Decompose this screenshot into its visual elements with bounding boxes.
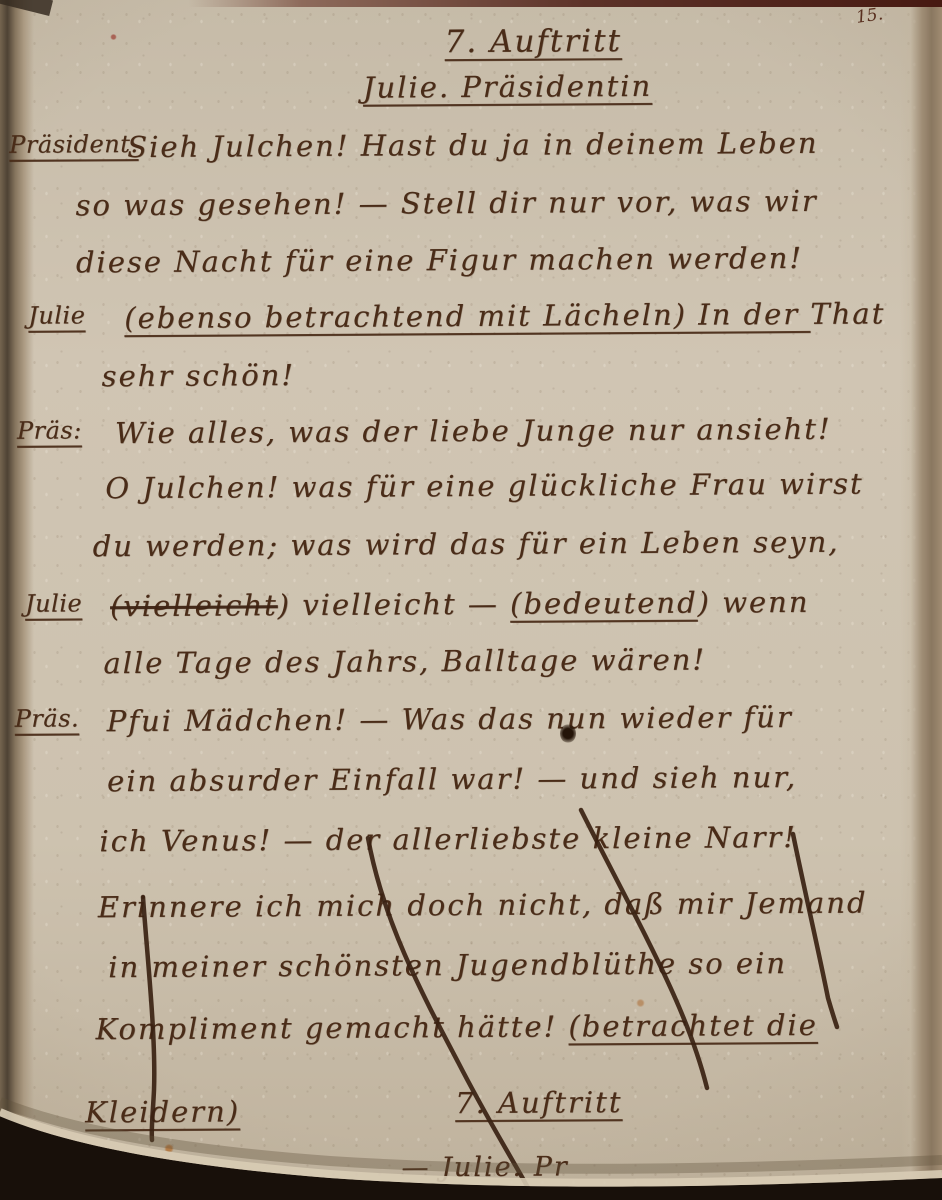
next-scene-heading: 7. Auftritt [455, 1085, 623, 1120]
line-text: (ebenso betrachtend mit Lächeln) In der … [124, 296, 885, 335]
manuscript-line: so was gesehen! — Stell dir nur vor, was… [0, 183, 939, 189]
speaker-label: Präs. [15, 704, 80, 732]
line-text: O Julchen! was für eine glückliche Frau … [105, 467, 863, 506]
line-text: Wie alles, was der liebe Junge nur ansie… [115, 412, 832, 450]
line-text: in meiner schönsten Jugendblüthe so ein [108, 946, 787, 984]
line-text: alle Tage des Jahrs, Balltage wären! [103, 643, 706, 681]
ink-blot [560, 724, 576, 743]
manuscript-line: Präs:Wie alles, was der liebe Junge nur … [0, 411, 941, 417]
foxing-spot [110, 34, 117, 40]
speaker-label: Julie [25, 589, 82, 617]
line-text: ein absurder Einfall war! — und sieh nur… [107, 760, 797, 798]
manuscript-line: alle Tage des Jahrs, Balltage wären! [0, 641, 942, 647]
speaker-label: Präsident. [9, 130, 138, 159]
manuscript-line: Julie(vielleicht) vielleicht — (bedeuten… [0, 584, 942, 590]
manuscript-line: ein absurder Einfall war! — und sieh nur… [1, 759, 942, 765]
manuscript-line: sehr schön! [0, 354, 941, 360]
manuscript-page: 15. 7. Auftritt Julie. Präsidentin Präsi… [0, 0, 942, 1200]
line-text: (vielleicht) vielleicht — (bedeutend) we… [110, 585, 810, 623]
line-text: ich Venus! — der allerliebste kleine Nar… [99, 820, 797, 858]
speaker-label: Präs: [17, 416, 82, 444]
speaker-label: Julie [28, 301, 85, 329]
foxing-spot [636, 999, 645, 1007]
next-scene-characters: — Julie. Pr [401, 1151, 568, 1183]
scene-heading: 7. Auftritt [444, 23, 622, 60]
manuscript-body: 7. Auftritt Julie. Präsidentin Präsident… [0, 0, 942, 1200]
line-text: Kleidern) [85, 1094, 240, 1129]
scene-characters: Julie. Präsidentin [363, 69, 652, 105]
manuscript-line: diese Nacht für eine Figur machen werden… [0, 240, 940, 246]
manuscript-line: O Julchen! was für eine glückliche Frau … [0, 466, 941, 472]
manuscript-line: Kompliment gemacht hätte! (betrachtet di… [3, 1007, 942, 1013]
line-text: so was gesehen! — Stell dir nur vor, was… [75, 184, 817, 223]
line-text: Sieh Julchen! Hast du ja in deinem Leben [127, 126, 818, 164]
manuscript-line: Präsident.Sieh Julchen! Hast du ja in de… [0, 125, 939, 131]
manuscript-line: Julie(ebenso betrachtend mit Lächeln) In… [0, 296, 940, 302]
manuscript-line: Präs.Pfui Mädchen! — Was das nun wieder … [1, 699, 942, 705]
manuscript-line: du werden; was wird das für ein Leben se… [0, 524, 942, 530]
line-text: diese Nacht für eine Figur machen werden… [76, 241, 803, 279]
line-text: Kompliment gemacht hätte! (betrachtet di… [96, 1008, 818, 1046]
manuscript-line: in meiner schönsten Jugendblüthe so ein [2, 945, 942, 951]
line-text: sehr schön! [102, 358, 296, 393]
line-text: Erinnere ich mich doch nicht, daß mir Je… [98, 886, 868, 925]
manuscript-line: ich Venus! — der allerliebste kleine Nar… [1, 819, 942, 825]
foxing-spot [164, 1144, 174, 1153]
line-text: Pfui Mädchen! — Was das nun wieder für [107, 700, 793, 738]
manuscript-line: Erinnere ich mich doch nicht, daß mir Je… [2, 885, 942, 891]
line-text: du werden; was wird das für ein Leben se… [93, 525, 840, 564]
